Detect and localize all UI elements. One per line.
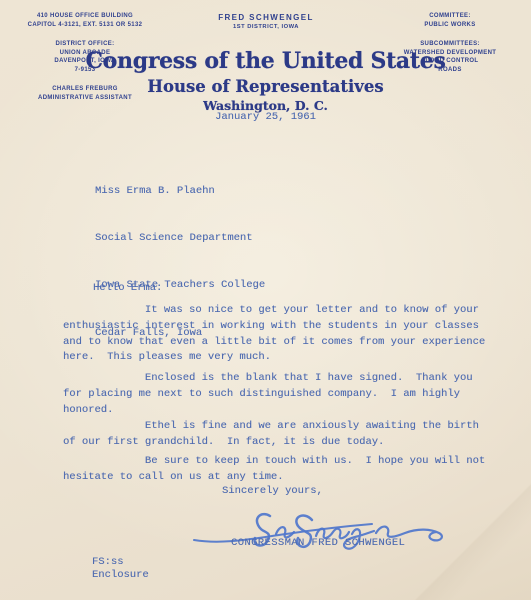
recipient-name: Miss Erma B. Plaehn xyxy=(95,184,265,200)
letterhead-center-block: FRED SCHWENGEL 1ST DISTRICT, IOWA xyxy=(166,13,366,32)
office-address-line: 410 HOUSE OFFICE BUILDING xyxy=(4,12,166,21)
house-subtitle: House of Representatives xyxy=(0,77,531,96)
recipient-dept: Social Science Department xyxy=(95,231,265,247)
member-name: FRED SCHWENGEL xyxy=(166,13,366,23)
body-paragraph: Enclosed is the blank that I have signed… xyxy=(63,371,488,418)
date-line: January 25, 1961 xyxy=(0,110,531,126)
salutation: Hello Erma: xyxy=(93,281,162,297)
enclosure-note: Enclosure xyxy=(92,568,149,584)
body-paragraph: Be sure to keep in touch with us. I hope… xyxy=(63,454,488,486)
committee-name: PUBLIC WORKS xyxy=(372,21,528,30)
congress-title: Congress of the United States xyxy=(0,48,531,74)
spacer xyxy=(372,29,528,40)
spacer xyxy=(4,29,166,40)
letter-paper: 410 HOUSE OFFICE BUILDING CAPITOL 4-3121… xyxy=(0,0,531,600)
closing-line: Sincerely yours, xyxy=(222,484,323,500)
typed-signature: CONGRESSMAN FRED SCHWENGEL xyxy=(231,536,405,552)
body-paragraph: It was so nice to get your letter and to… xyxy=(63,303,488,366)
member-district: 1ST DISTRICT, IOWA xyxy=(166,23,366,32)
office-phone-line: CAPITOL 4-3121, EXT. 5131 OR 5132 xyxy=(4,21,166,30)
body-paragraph: Ethel is fine and we are anxiously await… xyxy=(63,419,488,451)
committee-label: COMMITTEE: xyxy=(372,12,528,21)
